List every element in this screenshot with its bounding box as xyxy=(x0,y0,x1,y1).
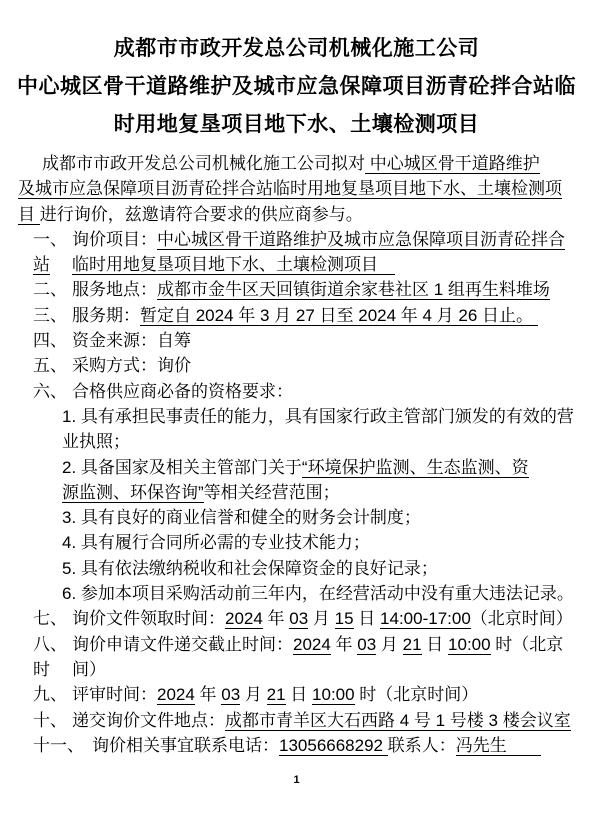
text-segment: 业执照； xyxy=(62,432,130,451)
text-segment: 月 xyxy=(240,685,266,704)
doc-line: 六、合格供应商必备的资格要求： xyxy=(18,379,579,404)
page-number: 1 xyxy=(0,774,593,786)
doc-line: 4. 具有履行合同所必需的专业技术能力； xyxy=(18,530,579,555)
text-segment: 询价项目： xyxy=(72,230,157,249)
doc-line: 九、评审时间：2024 年 03 月 21 日 10:00 时（北京时间） xyxy=(18,682,579,707)
underlined-text: 冯先生 xyxy=(456,736,541,756)
text-segment: 合格供应商必备的资格要求： xyxy=(72,382,293,401)
underlined-text: 21 xyxy=(403,635,422,655)
text-segment: （北京时间） xyxy=(471,609,573,628)
underlined-text: 03 xyxy=(221,685,240,705)
doc-line: 临时用地复垦项目地下水、土壤检测项目 xyxy=(18,252,579,277)
document-title: 成都市市政开发总公司机械化施工公司 中心城区骨干道路维护及城市应急保障项目沥青砼… xyxy=(0,0,593,144)
list-number: 六、 xyxy=(33,379,72,404)
text-segment: 1. 具有承担民事责任的能力，具有国家行政主管部门颁发的有效的营 xyxy=(62,407,574,426)
text-segment: 询价相关事宜联系电话： xyxy=(92,736,279,755)
text-segment: 年 xyxy=(263,609,289,628)
doc-line: 二、服务地点：成都市金牛区天回镇街道余家巷社区 1 组再生料堆场 xyxy=(18,277,579,302)
doc-line: 6. 参加本项目采购活动前三年内，在经营活动中没有重大违法记录。 xyxy=(18,581,579,606)
doc-line: 一、询价项目：中心城区骨干道路维护及城市应急保障项目沥青砼拌合站 xyxy=(18,227,579,252)
title-line-3: 时用地复垦项目地下水、土壤检测项目 xyxy=(0,106,593,144)
underlined-text: 21 xyxy=(267,685,286,705)
text-segment: 时（北京时间） xyxy=(355,685,479,704)
text-segment: 日 xyxy=(286,685,312,704)
doc-line: 及城市应急保障项目沥青砼拌合站临时用地复垦项目地下水、土壤检测项 xyxy=(18,176,579,201)
list-number: 九、 xyxy=(33,682,72,707)
underlined-text: 2024 xyxy=(157,685,195,705)
doc-line: 成都市市政开发总公司机械化施工公司拟对 中心城区骨干道路维护 xyxy=(18,151,579,176)
text-segment: 年 xyxy=(195,685,221,704)
text-segment: 年 xyxy=(331,635,357,654)
list-number: 八、 xyxy=(33,632,72,657)
underlined-text: 03 xyxy=(357,635,376,655)
underlined-text: 临时用地复垦项目地下水、土壤检测项目 xyxy=(72,255,395,275)
doc-line: 七、询价文件领取时间：2024 年 03 月 15 日 14:00-17:00（… xyxy=(18,606,579,631)
doc-line: 间） xyxy=(18,657,579,682)
underlined-text: 中心城区骨干道路维护 xyxy=(365,154,540,174)
doc-line: 业执照； xyxy=(18,429,579,454)
text-segment: 间） xyxy=(72,660,106,679)
text-segment: 日 xyxy=(354,609,380,628)
text-segment: 月 xyxy=(308,609,334,628)
document-body: 成都市市政开发总公司机械化施工公司拟对 中心城区骨干道路维护及城市应急保障项目沥… xyxy=(0,144,593,758)
list-number: 十、 xyxy=(33,708,72,733)
doc-line: 5. 具有依法缴纳税收和社会保障资金的良好记录； xyxy=(18,556,579,581)
title-line-1: 成都市市政开发总公司机械化施工公司 xyxy=(0,30,593,68)
text-segment: 月 xyxy=(376,635,402,654)
doc-line: 五、采购方式：询价 xyxy=(18,353,579,378)
text-segment: 2. 具备国家及相关主管部门关于 xyxy=(62,458,302,477)
doc-line: 2. 具备国家及相关主管部门关于“环境保护监测、生态监测、资 xyxy=(18,455,579,480)
underlined-text: 03 xyxy=(289,609,308,629)
list-number: 四、 xyxy=(33,328,72,353)
title-line-2: 中心城区骨干道路维护及城市应急保障项目沥青砼拌合站临 xyxy=(0,68,593,106)
doc-line: 十一、询价相关事宜联系电话：13056668292 联系人：冯先生 xyxy=(18,733,579,758)
list-number: 五、 xyxy=(33,353,72,378)
underlined-text: 10:00 xyxy=(312,685,355,705)
text-segment: 询价文件领取时间： xyxy=(72,609,225,628)
doc-line: 1. 具有承担民事责任的能力，具有国家行政主管部门颁发的有效的营 xyxy=(18,404,579,429)
underlined-text: 2024 xyxy=(225,609,263,629)
text-segment: 采购方式：询价 xyxy=(72,356,191,375)
text-segment: 6. 参加本项目采购活动前三年内，在经营活动中没有重大违法记录。 xyxy=(62,584,574,603)
underlined-text: 15 xyxy=(335,609,354,629)
underlined-text: 目 xyxy=(18,205,40,225)
underlined-text: 成都市青羊区大石西路 4 号 1 号楼 3 楼会议室 xyxy=(225,711,571,731)
text-segment: 询价申请文件递交截止时间： xyxy=(72,635,293,654)
text-segment: 成都市市政开发总公司机械化施工公司拟对 xyxy=(42,154,365,173)
list-number: 十一、 xyxy=(33,733,92,758)
text-segment: 5. 具有依法缴纳税收和社会保障资金的良好记录； xyxy=(62,559,438,578)
text-segment: 联系人： xyxy=(388,736,456,755)
underlined-text: 10:00 xyxy=(448,635,491,655)
doc-line: 八、询价申请文件递交截止时间：2024 年 03 月 21 日 10:00 时（… xyxy=(18,632,579,657)
doc-line: 目 进行询价，兹邀请符合要求的供应商参与。 xyxy=(18,202,579,227)
text-segment: 评审时间： xyxy=(72,685,157,704)
text-segment: 服务期： xyxy=(72,306,140,325)
text-segment: 3. 具有良好的商业信誉和健全的财务会计制度； xyxy=(62,508,421,527)
doc-line: 三、服务期：暂定自 2024 年 3 月 27 日至 2024 年 4 月 26… xyxy=(18,303,579,328)
text-segment: 资金来源：自筹 xyxy=(72,331,191,350)
text-segment: 服务地点： xyxy=(72,280,157,299)
doc-line: 四、资金来源：自筹 xyxy=(18,328,579,353)
underlined-text: 及城市应急保障项目沥青砼拌合站临时用地复垦项目地下水、土壤检测项 xyxy=(18,179,562,199)
underlined-text: 14:00-17:00 xyxy=(380,609,471,629)
text-segment: 日 xyxy=(422,635,448,654)
text-segment: 递交询价文件地点： xyxy=(72,711,225,730)
doc-line: 十、递交询价文件地点：成都市青羊区大石西路 4 号 1 号楼 3 楼会议室 xyxy=(18,708,579,733)
list-number: 七、 xyxy=(33,606,72,631)
underlined-text: 暂定自 2024 年 3 月 27 日至 2024 年 4 月 26 日止。 xyxy=(140,306,538,326)
underlined-text: 成都市金牛区天回镇街道余家巷社区 1 组再生料堆场 xyxy=(157,280,550,300)
text-segment: 4. 具有履行合同所必需的专业技术能力； xyxy=(62,533,370,552)
list-number: 一、 xyxy=(33,227,72,252)
underlined-text: 2024 xyxy=(293,635,331,655)
text-segment: 进行询价，兹邀请符合要求的供应商参与。 xyxy=(40,205,363,224)
document-page: 成都市市政开发总公司机械化施工公司 中心城区骨干道路维护及城市应急保障项目沥青砼… xyxy=(0,0,593,819)
doc-line: 3. 具有良好的商业信誉和健全的财务会计制度； xyxy=(18,505,579,530)
list-number: 二、 xyxy=(33,277,72,302)
underlined-text: 13056668292 xyxy=(279,736,388,756)
underlined-text: “环境保护监测、生态监测、资 xyxy=(302,458,529,478)
list-number: 三、 xyxy=(33,303,72,328)
text-segment: 等相关经营范围； xyxy=(204,483,340,502)
underlined-text: 源监测、环保咨询” xyxy=(62,483,204,503)
doc-line: 源监测、环保咨询”等相关经营范围； xyxy=(18,480,579,505)
